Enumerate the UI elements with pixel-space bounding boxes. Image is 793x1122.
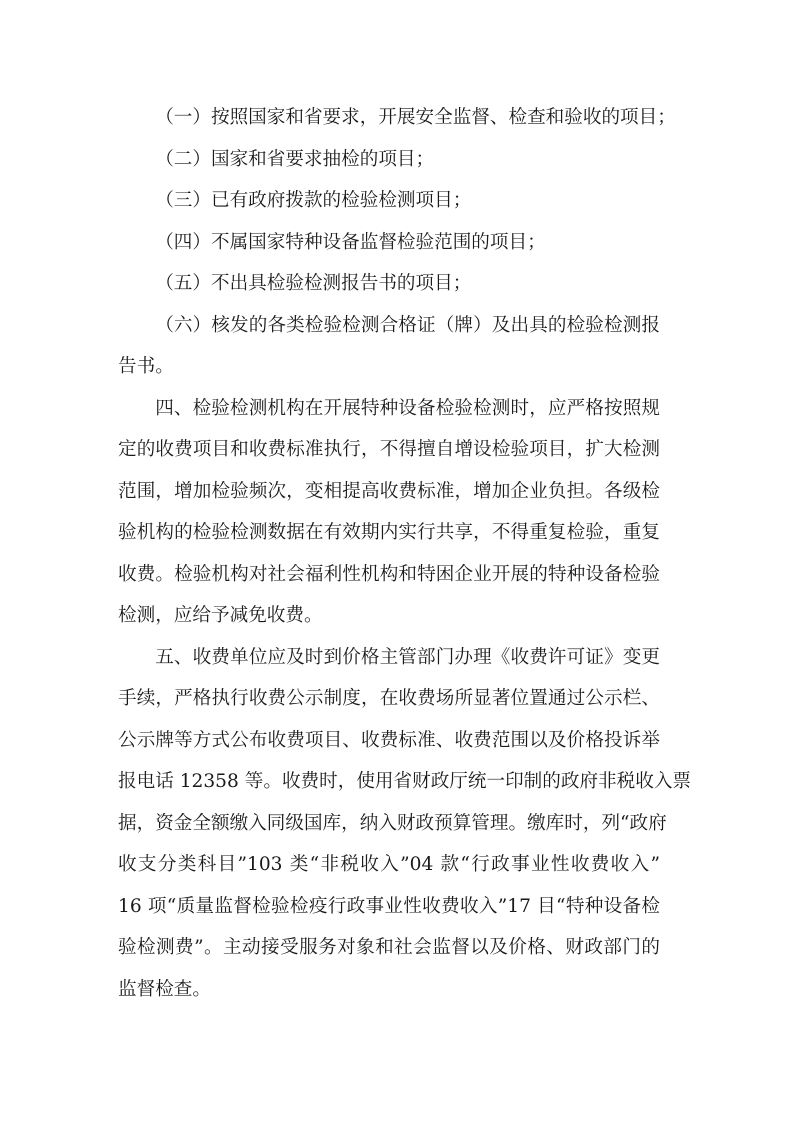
item-5: （五）不出具检验检测报告书的项目； bbox=[118, 263, 660, 305]
paragraph-line: 检测，应给予减免收费。 bbox=[118, 595, 660, 637]
paragraph-line: 监督检查。 bbox=[118, 969, 660, 1011]
item-4: （四）不属国家特种设备监督检验范围的项目； bbox=[118, 222, 660, 264]
paragraph-line: 报电话 12358 等。收费时，使用省财政厅统一印制的政府非税收入票 bbox=[118, 761, 660, 803]
item-6: （六）核发的各类检验检测合格证（牌）及出具的检验检测报 bbox=[118, 305, 660, 347]
item-3: （三）已有政府拨款的检验检测项目； bbox=[118, 180, 660, 222]
paragraph-line: 四、检验检测机构在开展特种设备检验检测时，应严格按照规 bbox=[118, 388, 660, 430]
paragraph-line: 定的收费项目和收费标准执行，不得擅自增设检验项目，扩大检测 bbox=[118, 429, 660, 471]
paragraph-5: 五、收费单位应及时到价格主管部门办理《收费许可证》变更 手续，严格执行收费公示制… bbox=[118, 637, 660, 1011]
paragraph-line: 据，资金全额缴入同级国库，纳入财政预算管理。缴库时，列“政府 bbox=[118, 803, 660, 845]
item-6-cont: 告书。 bbox=[118, 346, 660, 388]
paragraph-line: 验机构的检验检测数据在有效期内实行共享，不得重复检验，重复 bbox=[118, 512, 660, 554]
item-list: （一）按照国家和省要求，开展安全监督、检查和验收的项目； （二）国家和省要求抽检… bbox=[118, 97, 660, 388]
paragraph-line: 收支分类科目”103 类“非税收入”04 款“行政事业性收费收入” bbox=[118, 844, 660, 886]
paragraph-line: 手续，严格执行收费公示制度，在收费场所显著位置通过公示栏、 bbox=[118, 678, 660, 720]
paragraph-line: 收费。检验机构对社会福利性机构和特困企业开展的特种设备检验 bbox=[118, 554, 660, 596]
paragraph-line: 范围，增加检验频次，变相提高收费标准，增加企业负担。各级检 bbox=[118, 471, 660, 513]
paragraph-4: 四、检验检测机构在开展特种设备检验检测时，应严格按照规 定的收费项目和收费标准执… bbox=[118, 388, 660, 637]
paragraph-line: 16 项“质量监督检验检疫行政事业性收费收入”17 目“特种设备检 bbox=[118, 886, 660, 928]
document-page: （一）按照国家和省要求，开展安全监督、检查和验收的项目； （二）国家和省要求抽检… bbox=[118, 97, 660, 1010]
item-2: （二）国家和省要求抽检的项目； bbox=[118, 139, 660, 181]
paragraph-line: 公示牌等方式公布收费项目、收费标准、收费范围以及价格投诉举 bbox=[118, 720, 660, 762]
item-1: （一）按照国家和省要求，开展安全监督、检查和验收的项目； bbox=[118, 97, 660, 139]
paragraph-line: 验检测费”。主动接受服务对象和社会监督以及价格、财政部门的 bbox=[118, 927, 660, 969]
paragraph-line: 五、收费单位应及时到价格主管部门办理《收费许可证》变更 bbox=[118, 637, 660, 679]
